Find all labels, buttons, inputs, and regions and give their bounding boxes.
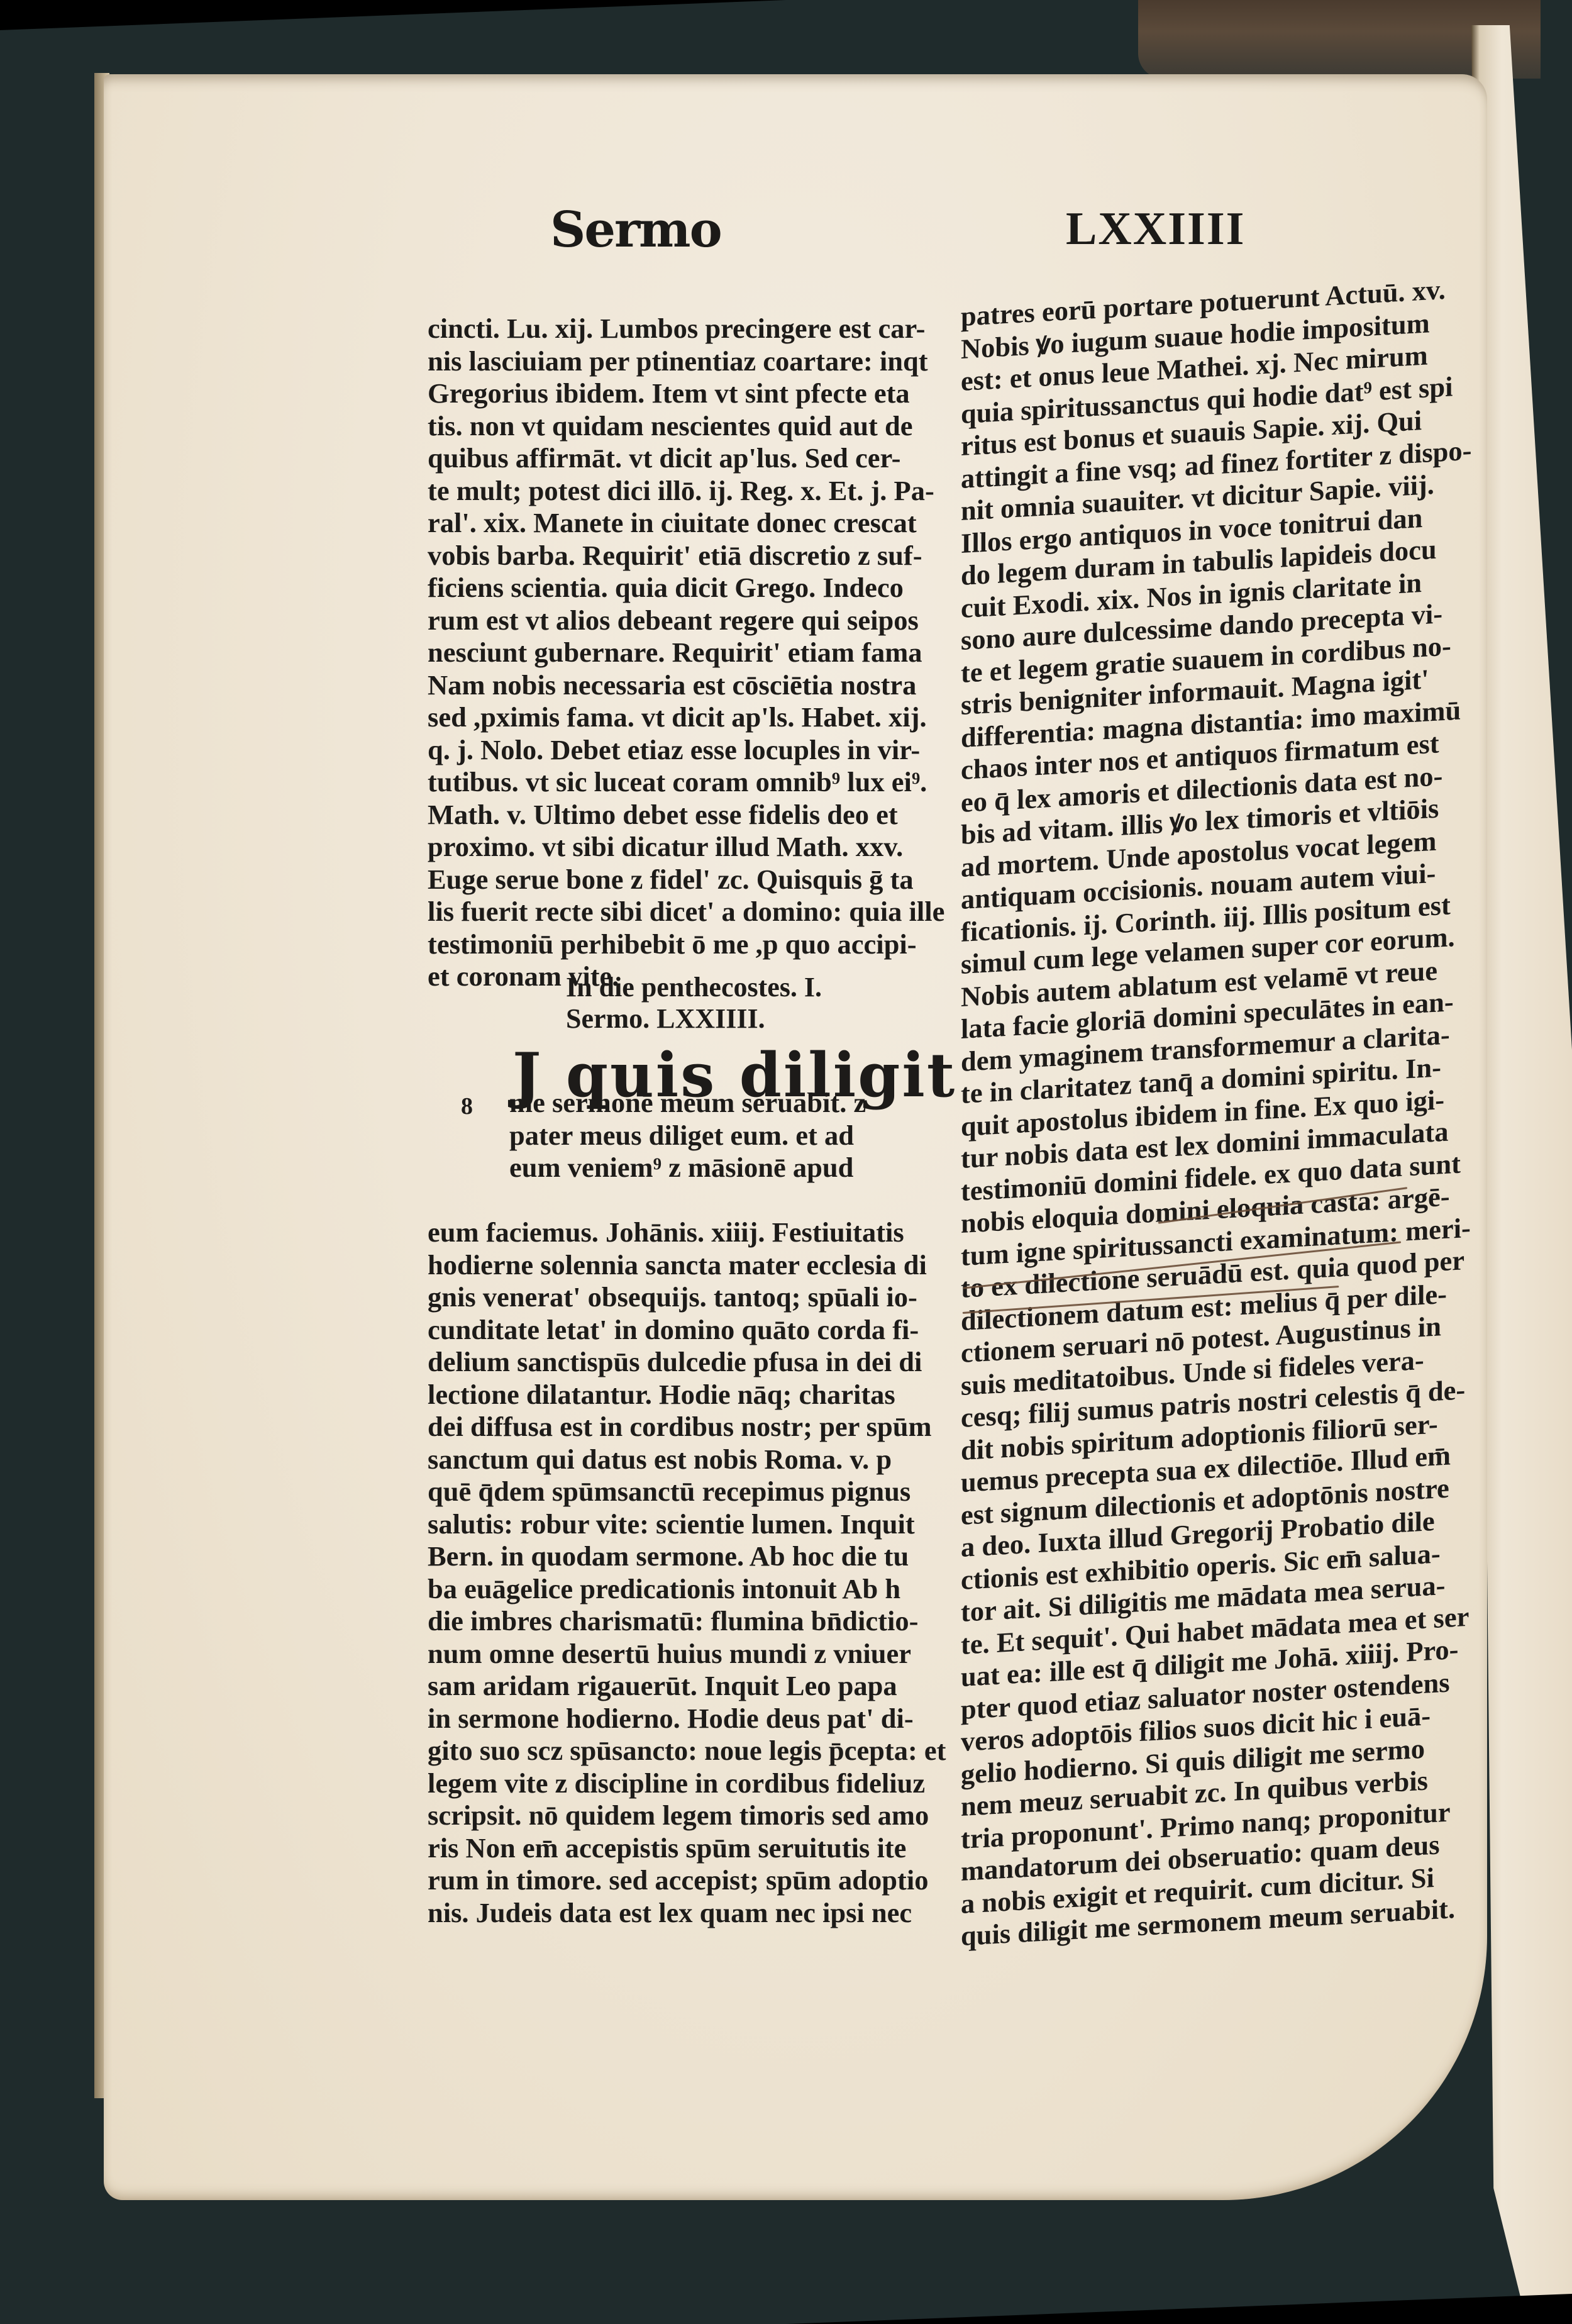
text-line: pater meus diliget eum. et ad	[509, 1120, 931, 1152]
text-line: tis. non vt quidam nescientes quid aut d…	[428, 410, 931, 443]
text-line: rum est vt alios debeant regere qui seip…	[428, 604, 931, 637]
text-line: cincti. Lu. xij. Lumbos precingere est c…	[428, 313, 931, 345]
text-line: eum faciemus. Johānis. xiiij. Festiuitat…	[428, 1216, 931, 1249]
running-head: Sermo LXXIIII	[525, 189, 1280, 270]
text-line: nis lasciuiam per ptinentiaz coartare: i…	[428, 345, 931, 378]
left-column-continuation: cincti. Lu. xij. Lumbos precingere est c…	[428, 313, 931, 993]
text-line: cunditate letat' in domino quāto corda f…	[428, 1314, 931, 1347]
text-line: me sermonē meum seruabit. z	[509, 1087, 931, 1120]
text-line: lectione dilatantur. Hodie nāq; charitas	[428, 1379, 931, 1411]
incipit-continuation: me sermonē meum seruabit. z pater meus d…	[509, 1087, 931, 1184]
text-line: die imbres charismatū: flumina bn̄dictio…	[428, 1605, 931, 1638]
text-line: legem vite z discipline in cordibus fide…	[428, 1767, 931, 1800]
text-line: lis fuerit recte sibi dicet' a domino: q…	[428, 896, 931, 928]
sermon-number: Sermo. LXXIIII.	[566, 1003, 822, 1035]
text-line: testimoniū perhibebit ō me ,p quo accipi…	[428, 928, 931, 961]
text-line: sed ,pximis fama. vt dicit ap'ls. Habet.…	[428, 701, 931, 734]
text-line: quibus affirmāt. vt dicit ap'lus. Sed ce…	[428, 442, 931, 475]
text-line: num omne desertū huius mundi z vniuer	[428, 1638, 931, 1671]
margin-signature-mark: 8	[461, 1093, 473, 1120]
text-line: Nam nobis necessaria est cōsciētia nostr…	[428, 669, 931, 702]
text-line: sam aridam rigauerūt. Inquit Leo papa	[428, 1670, 931, 1703]
text-line: nis. Judeis data est lex quam nec ipsi n…	[428, 1897, 931, 1930]
right-column: patres eorū portare potuerunt Actuū. xv.…	[961, 274, 1445, 1953]
text-line: dei diffusa est in cordibus nostr; per s…	[428, 1411, 931, 1443]
text-line: in sermone hodierno. Hodie deus pat' di-	[428, 1703, 931, 1735]
scan-corner-bottom-right	[786, 2294, 1572, 2324]
text-line: Euge serue bone z fidel' zc. Quisquis ḡ …	[428, 864, 931, 896]
running-head-title: Sermo	[550, 201, 721, 259]
text-line: proximo. vt sibi dicatur illud Math. xxv…	[428, 831, 931, 864]
text-line: eum veniem⁹ z māsionē apud	[509, 1152, 931, 1184]
text-line: ficiens scientia. quia dicit Grego. Inde…	[428, 572, 931, 604]
scan-corner-top-left	[0, 0, 786, 30]
text-line: scripsit. nō quidem legem timoris sed am…	[428, 1799, 931, 1832]
text-line: rum in timore. sed accepist; spūm adopti…	[428, 1864, 931, 1897]
text-line: quē q̄dem spūmsanctū recepimus pignus	[428, 1476, 931, 1508]
text-line: salutis: robur vite: scientie lumen. Inq…	[428, 1508, 931, 1541]
text-line: ris Non em̄ accepistis spūm seruitutis i…	[428, 1832, 931, 1865]
text-line: ba euāgelice predicationis intonuit Ab h	[428, 1573, 931, 1606]
sermon-heading: In die penthecostes. I. Sermo. LXXIIII.	[566, 972, 822, 1035]
text-line: hodierne solennia sancta mater ecclesia …	[428, 1249, 931, 1282]
text-line: gnis venerat' obsequijs. tantoq; spūali …	[428, 1281, 931, 1314]
text-line: vobis barba. Requirit' etiā discretio z …	[428, 540, 931, 572]
text-line: Math. v. Ultimo debet esse fidelis deo e…	[428, 799, 931, 831]
text-line: gito suo scz spūsancto: noue legis p̄cep…	[428, 1735, 931, 1767]
text-line: tutibus. vt sic luceat coram omnib⁹ lux …	[428, 766, 931, 799]
text-line: nesciunt gubernare. Requirit' etiam fama	[428, 637, 931, 669]
text-line: ral'. xix. Manete in ciuitate donec cres…	[428, 507, 931, 540]
text-line: Gregorius ibidem. Item vt sint pfecte et…	[428, 377, 931, 410]
left-column-sermon-body: eum faciemus. Johānis. xiiij. Festiuitat…	[428, 1216, 931, 1929]
text-line: delium sanctispūs dulcedie pfusa in dei …	[428, 1346, 931, 1379]
text-line: sanctum qui datus est nobis Roma. v. p	[428, 1443, 931, 1476]
feast-title: In die penthecostes. I.	[566, 972, 822, 1003]
text-line: q. j. Nolo. Debet etiaz esse locuples in…	[428, 734, 931, 767]
text-line: Bern. in quodam sermone. Ab hoc die tu	[428, 1540, 931, 1573]
text-line: te mult; potest dici illō. ij. Reg. x. E…	[428, 475, 931, 508]
folio-number: LXXIIII	[1066, 203, 1245, 256]
